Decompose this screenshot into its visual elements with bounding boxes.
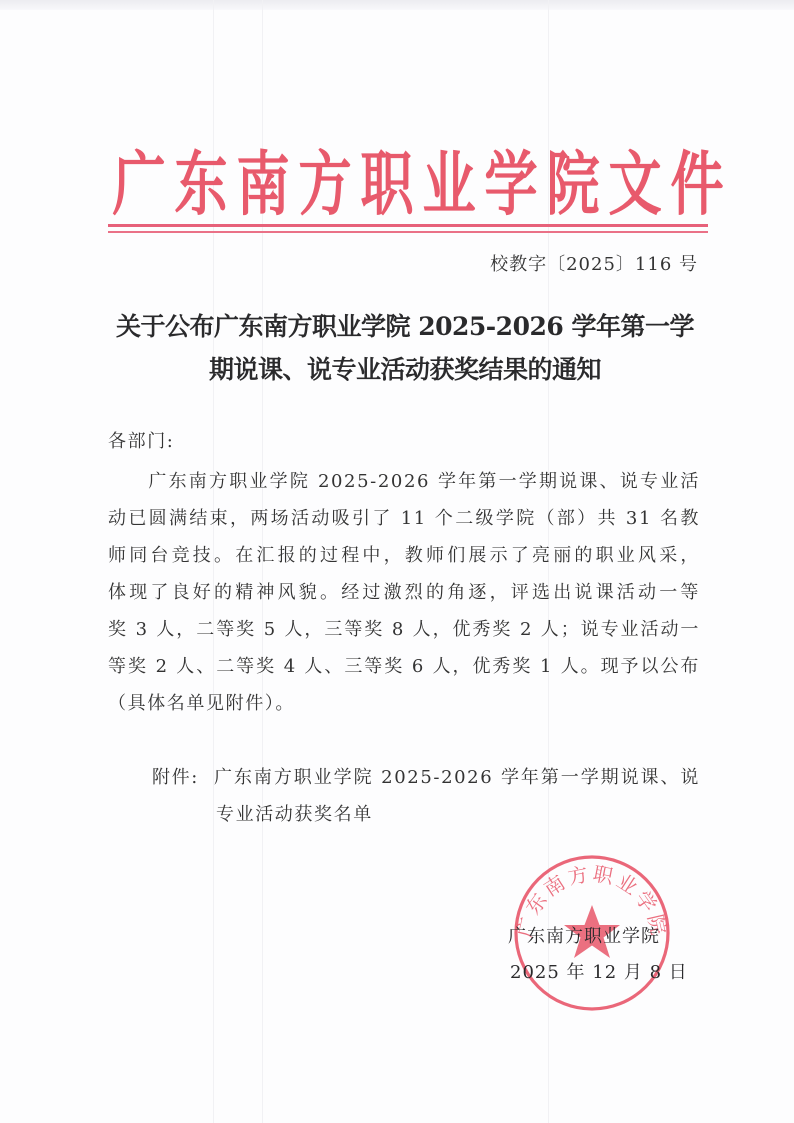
letterhead-char: 方 — [298, 142, 351, 227]
document-title-line-1: 关于公布广东南方职业学院 2025-2026 学年第一学 — [100, 307, 710, 343]
signature-date: 2025 年 12 月 8 日 — [510, 958, 688, 984]
signature-organization: 广东南方职业学院 — [508, 922, 660, 948]
body-line: 等奖 2 人、二等奖 4 人、三等奖 6 人，优秀奖 1 人。现予以公布 — [108, 655, 700, 679]
body-line: （具体名单见附件）。 — [108, 692, 700, 716]
letterhead-rule-thin — [108, 231, 708, 233]
document-title-line-2: 期说课、说专业活动获奖结果的通知 — [100, 350, 710, 386]
attachment-label: 附件: — [152, 766, 202, 790]
body-line: 广东南方职业学院 2025-2026 学年第一学期说课、说专业活 — [108, 470, 700, 494]
letterhead-char: 文 — [608, 142, 661, 227]
letterhead-char: 南 — [236, 142, 289, 227]
letterhead-char: 学 — [484, 142, 537, 227]
letterhead-char: 业 — [422, 142, 475, 227]
letterhead-char: 院 — [546, 142, 599, 227]
scan-artifact-band — [0, 0, 794, 10]
salutation: 各部门: — [108, 430, 700, 454]
document-number: 校教字〔2025〕116 号 — [490, 250, 698, 276]
attachment-title-line-1: 广东南方职业学院 2025-2026 学年第一学期说课、说 — [214, 766, 700, 790]
body-line: 师同台竞技。在汇报的过程中，教师们展示了亮丽的职业风采， — [108, 544, 700, 568]
letterhead-char: 职 — [360, 142, 413, 227]
letterhead-char: 广 — [112, 142, 165, 227]
letterhead-rule-thick — [108, 224, 708, 227]
body-line: 体现了良好的精神风貌。经过激烈的角逐，评选出说课活动一等 — [108, 581, 700, 605]
letterhead-title: 广 东 南 方 职 业 学 院 文 件 — [108, 142, 708, 227]
letterhead-char: 东 — [174, 142, 227, 227]
letterhead-char: 件 — [670, 142, 723, 227]
body-line: 动已圆满结束，两场活动吸引了 11 个二级学院（部）共 31 名教 — [108, 507, 700, 531]
attachment-title-line-2: 专业活动获奖名单 — [216, 803, 516, 827]
body-line: 奖 3 人，二等奖 5 人，三等奖 8 人，优秀奖 2 人；说专业活动一 — [108, 618, 700, 642]
